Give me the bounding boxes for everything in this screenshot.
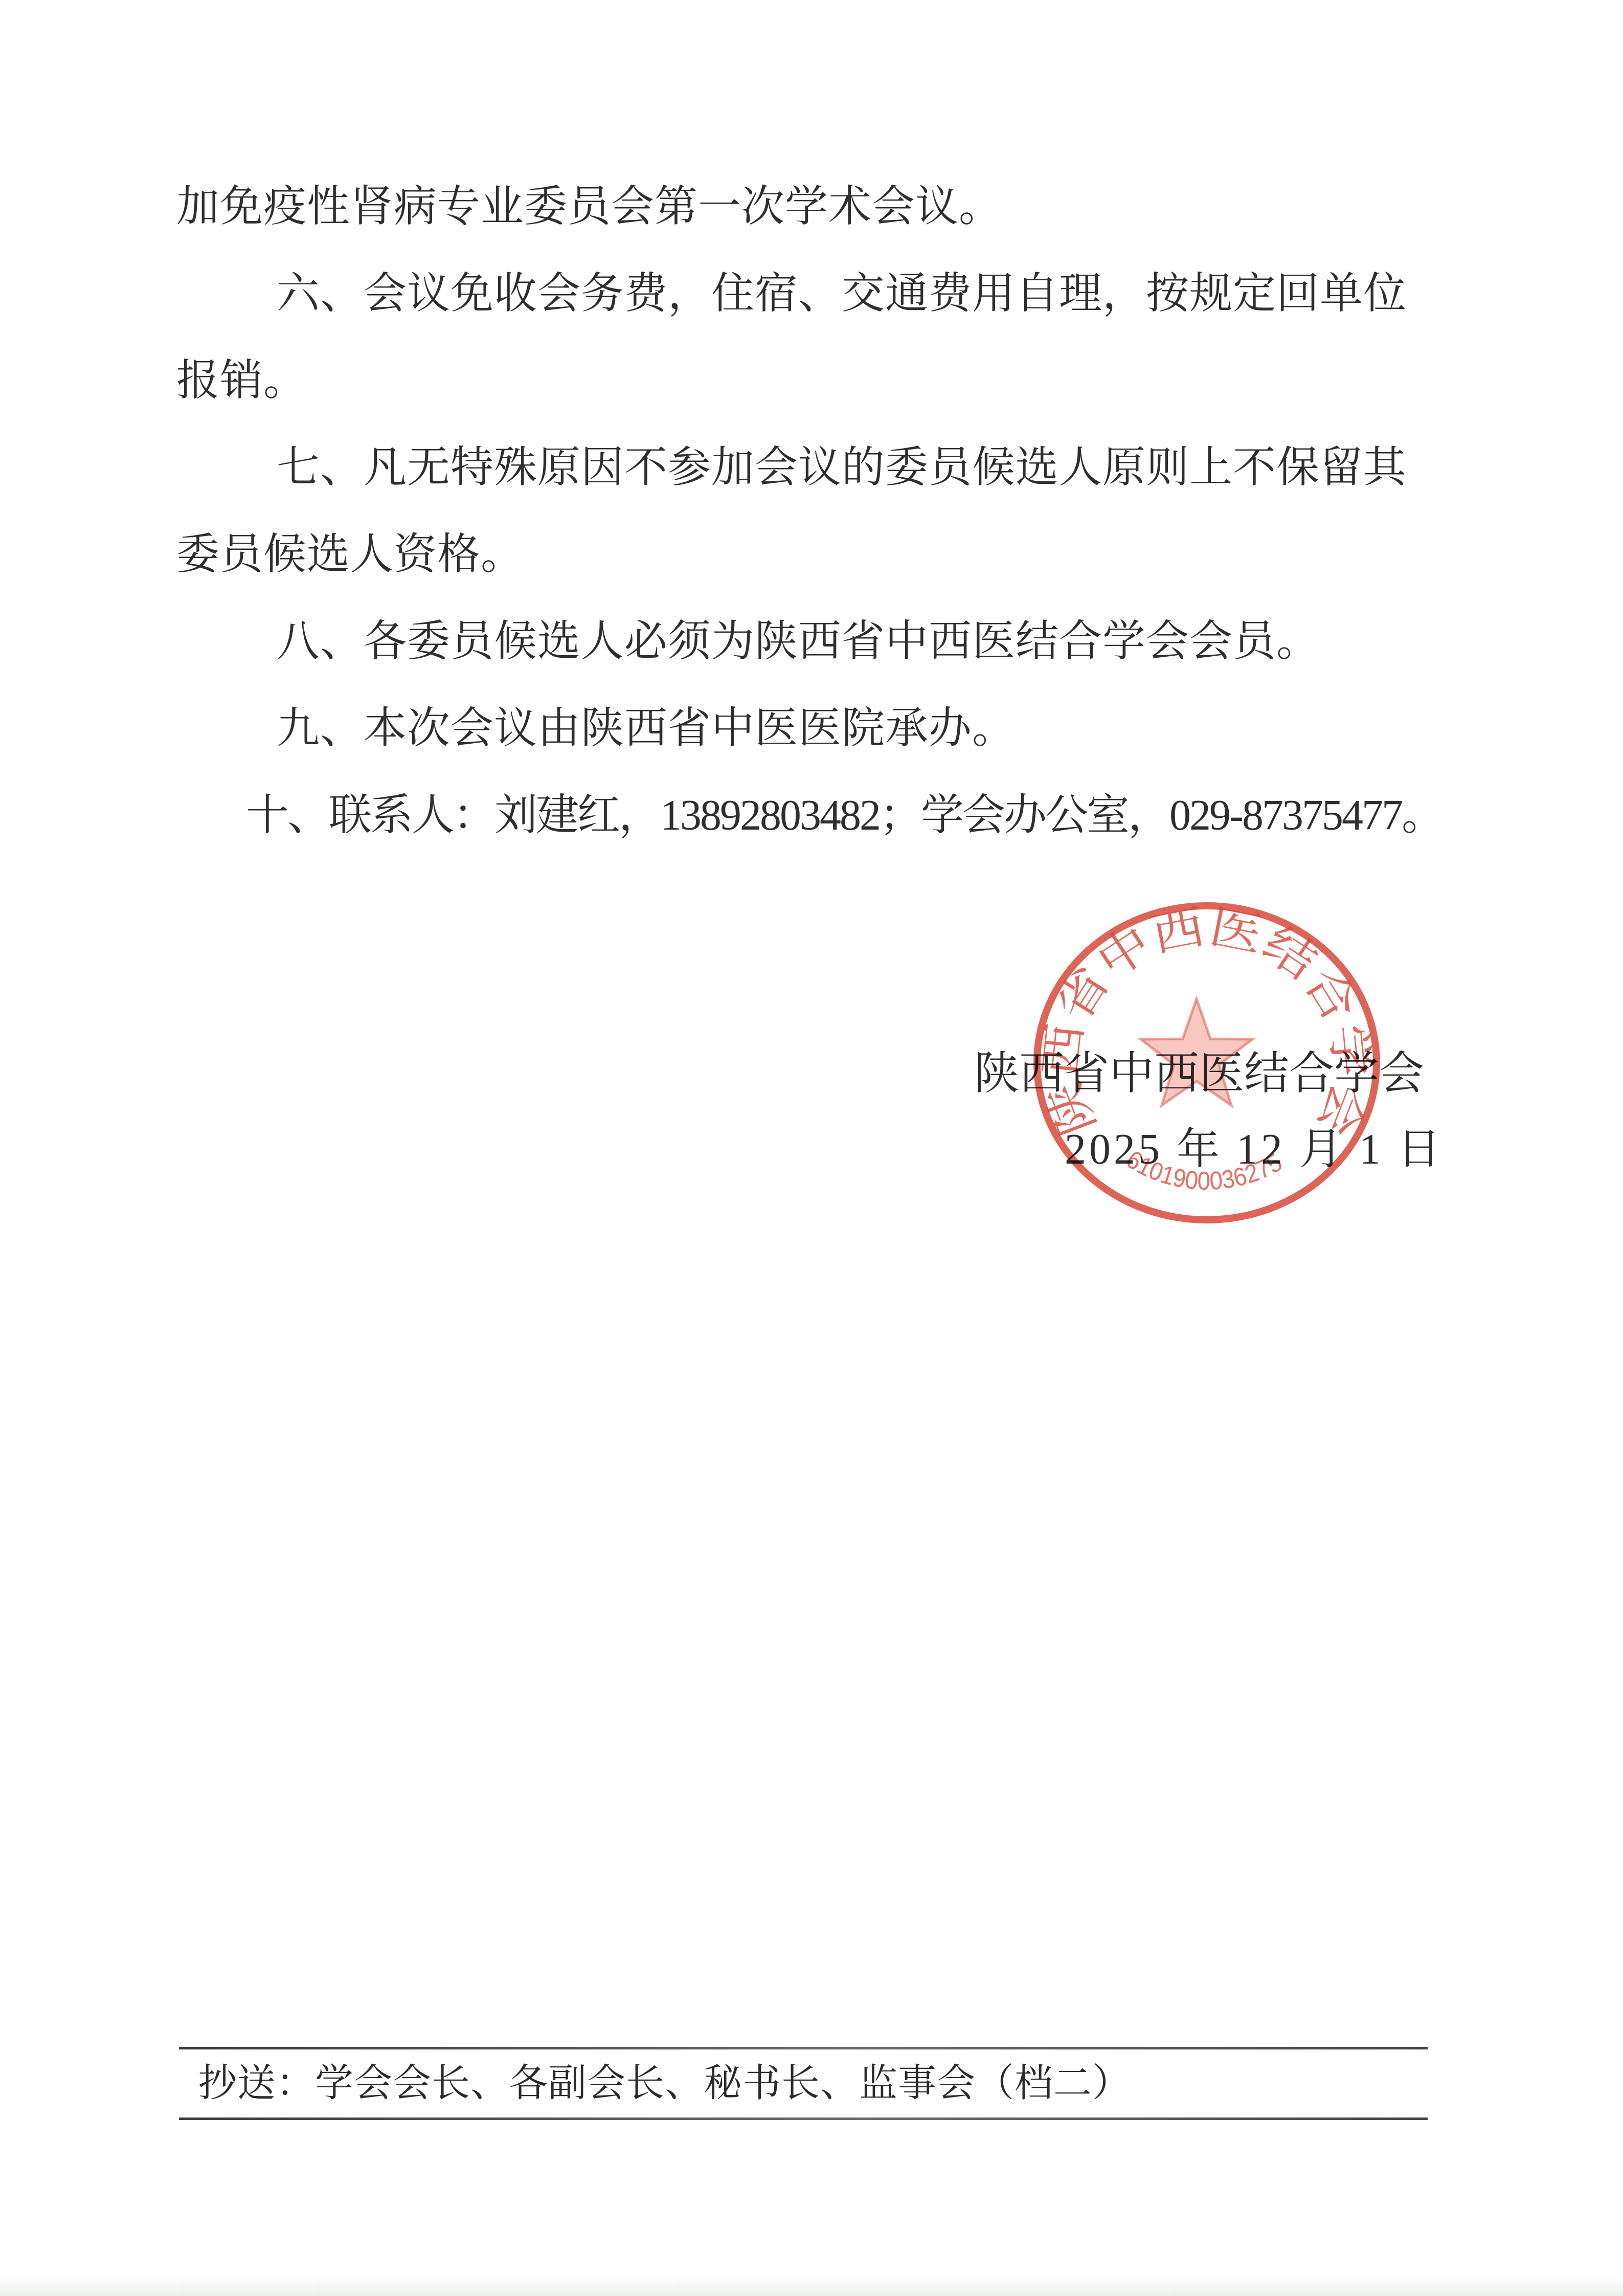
svg-text:陕西省中西医结合学会: 陕西省中西医结合学会 [1035, 901, 1378, 1143]
body-line: 加免疫性肾病专业委员会第一次学术会议。 [176, 164, 1506, 251]
body-line: 九、本次会议由陕西省中医医院承办。 [176, 685, 1506, 772]
document-page: 加免疫性肾病专业委员会第一次学术会议。 六、会议免收会务费，住宿、交通费用自理，… [0, 0, 1623, 2296]
signature-org-name: 陕西省中西医结合学会 [974, 1052, 1424, 1097]
footer-rule-top [179, 2047, 1428, 2049]
signature-date: 2025 年 12 月 1 日 [1065, 1128, 1444, 1171]
seal-arc-text: 陕西省中西医结合学会 [1035, 901, 1378, 1143]
body-text: 加免疫性肾病专业委员会第一次学术会议。 六、会议免收会务费，住宿、交通费用自理，… [176, 164, 1506, 859]
body-line-contact: 十、联系人：刘建红，13892803482；学会办公室，029-87375477… [176, 772, 1506, 859]
body-line: 委员候选人资格。 [176, 511, 1506, 598]
body-line: 七、凡无特殊原因不参加会议的委员候选人原则上不保留其 [176, 425, 1506, 511]
body-line: 报销。 [176, 338, 1506, 425]
footer-cc-line: 抄送：学会会长、各副会长、秘书长、监事会（档二） [198, 2064, 1131, 2103]
footer-rule-bottom [179, 2117, 1428, 2120]
body-line: 六、会议免收会务费，住宿、交通费用自理，按规定回单位 [176, 251, 1506, 338]
scan-edge-shading [0, 2275, 1623, 2296]
body-line: 八、各委员候选人必须为陕西省中西医结合学会会员。 [176, 598, 1506, 685]
